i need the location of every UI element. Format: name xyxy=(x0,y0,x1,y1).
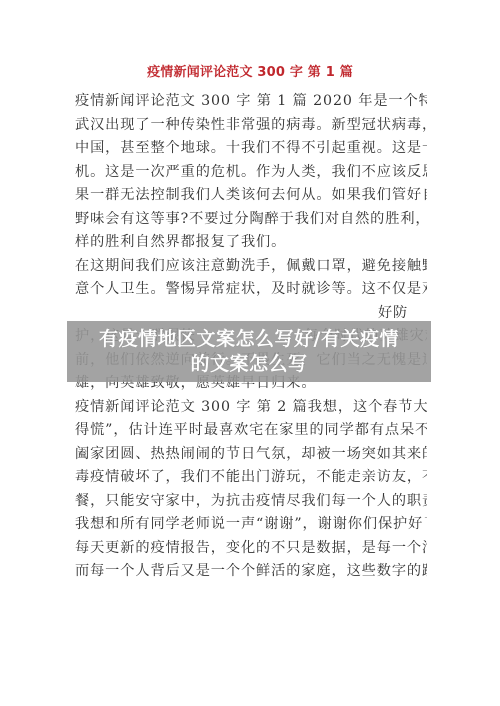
body-line: 疫情新闻评论范文 300 字 第 2 篇我想，这个春节大家一定过得“憋 xyxy=(75,396,427,420)
body-line: 而每一个人背后又是一个个鲜活的家庭，这些数字的跳动牵动着我 xyxy=(75,560,427,584)
body-line: 果一群无法控制我们人类该何去何从。如果我们管好自己不贪嘴吃 xyxy=(75,184,427,208)
body-line: 每天更新的疫情报告，变化的不只是数据，是每一个活生生的人。 xyxy=(75,537,427,561)
body-line: 疫情新闻评论范文 300 字 第 1 篇 2020 年是一个特殊的春节，因为 xyxy=(75,90,427,114)
body-line: 野味会有这等事?不要过分陶醉于我们对自然的胜利，对于这一次这 xyxy=(75,208,427,232)
body-line: 我想和所有同学老师说一声“谢谢”，谢谢你们保护好了自己。新闻 xyxy=(75,513,427,537)
body-line: 阖家团圆、热热闹闹的节日气氛，却被一场突如其来的新型冠状病 xyxy=(75,443,427,467)
body-line: 意个人卫生。警惕异常症状，及时就诊等。这不仅是对自己负责， xyxy=(75,278,427,302)
document-title: 疫情新闻评论范文 300 字 第 1 篇 xyxy=(0,63,500,83)
body-line: 机。这是一次严重的危机。作为人类，我们不应该反思?如果一。如 xyxy=(75,161,427,185)
body-line: 中国，甚至整个地球。十我们不得不引起重视。这是一次严重的危 xyxy=(75,137,427,161)
overlay-headline-line-2: 的文案怎么写 xyxy=(190,352,307,377)
body-line: 在这期间我们应该注意勤洗手，佩戴口罩，避免接触野生动物，注 xyxy=(75,255,427,279)
body-line: 样的胜利自然界都报复了我们。 xyxy=(75,231,427,255)
overlay-headline-line-1: 有疫情地区文案怎么写好/有关疫情 xyxy=(99,327,399,352)
body-line: 餐，只能安守家中，为抗击疫情尽我们每一个人的职责。在这里， xyxy=(75,490,427,514)
headline-overlay-banner: 有疫情地区文案怎么写好/有关疫情 的文案怎么写 xyxy=(67,321,431,382)
body-line: 得慌”，估计连平时最喜欢宅在家里的同学都有点呆不住了。原本是 xyxy=(75,419,427,443)
body-line: 毒疫情破坏了，我们不能出门游玩，不能走亲访友，不能外出聚 xyxy=(75,466,427,490)
body-line: 武汉出现了一种传染性非常强的病毒。新型冠状病毒，席卷了整个 xyxy=(75,114,427,138)
document-page: 疫情新闻评论范文 300 字 第 1 篇 疫情新闻评论范文 300 字 第 1 … xyxy=(0,0,500,706)
